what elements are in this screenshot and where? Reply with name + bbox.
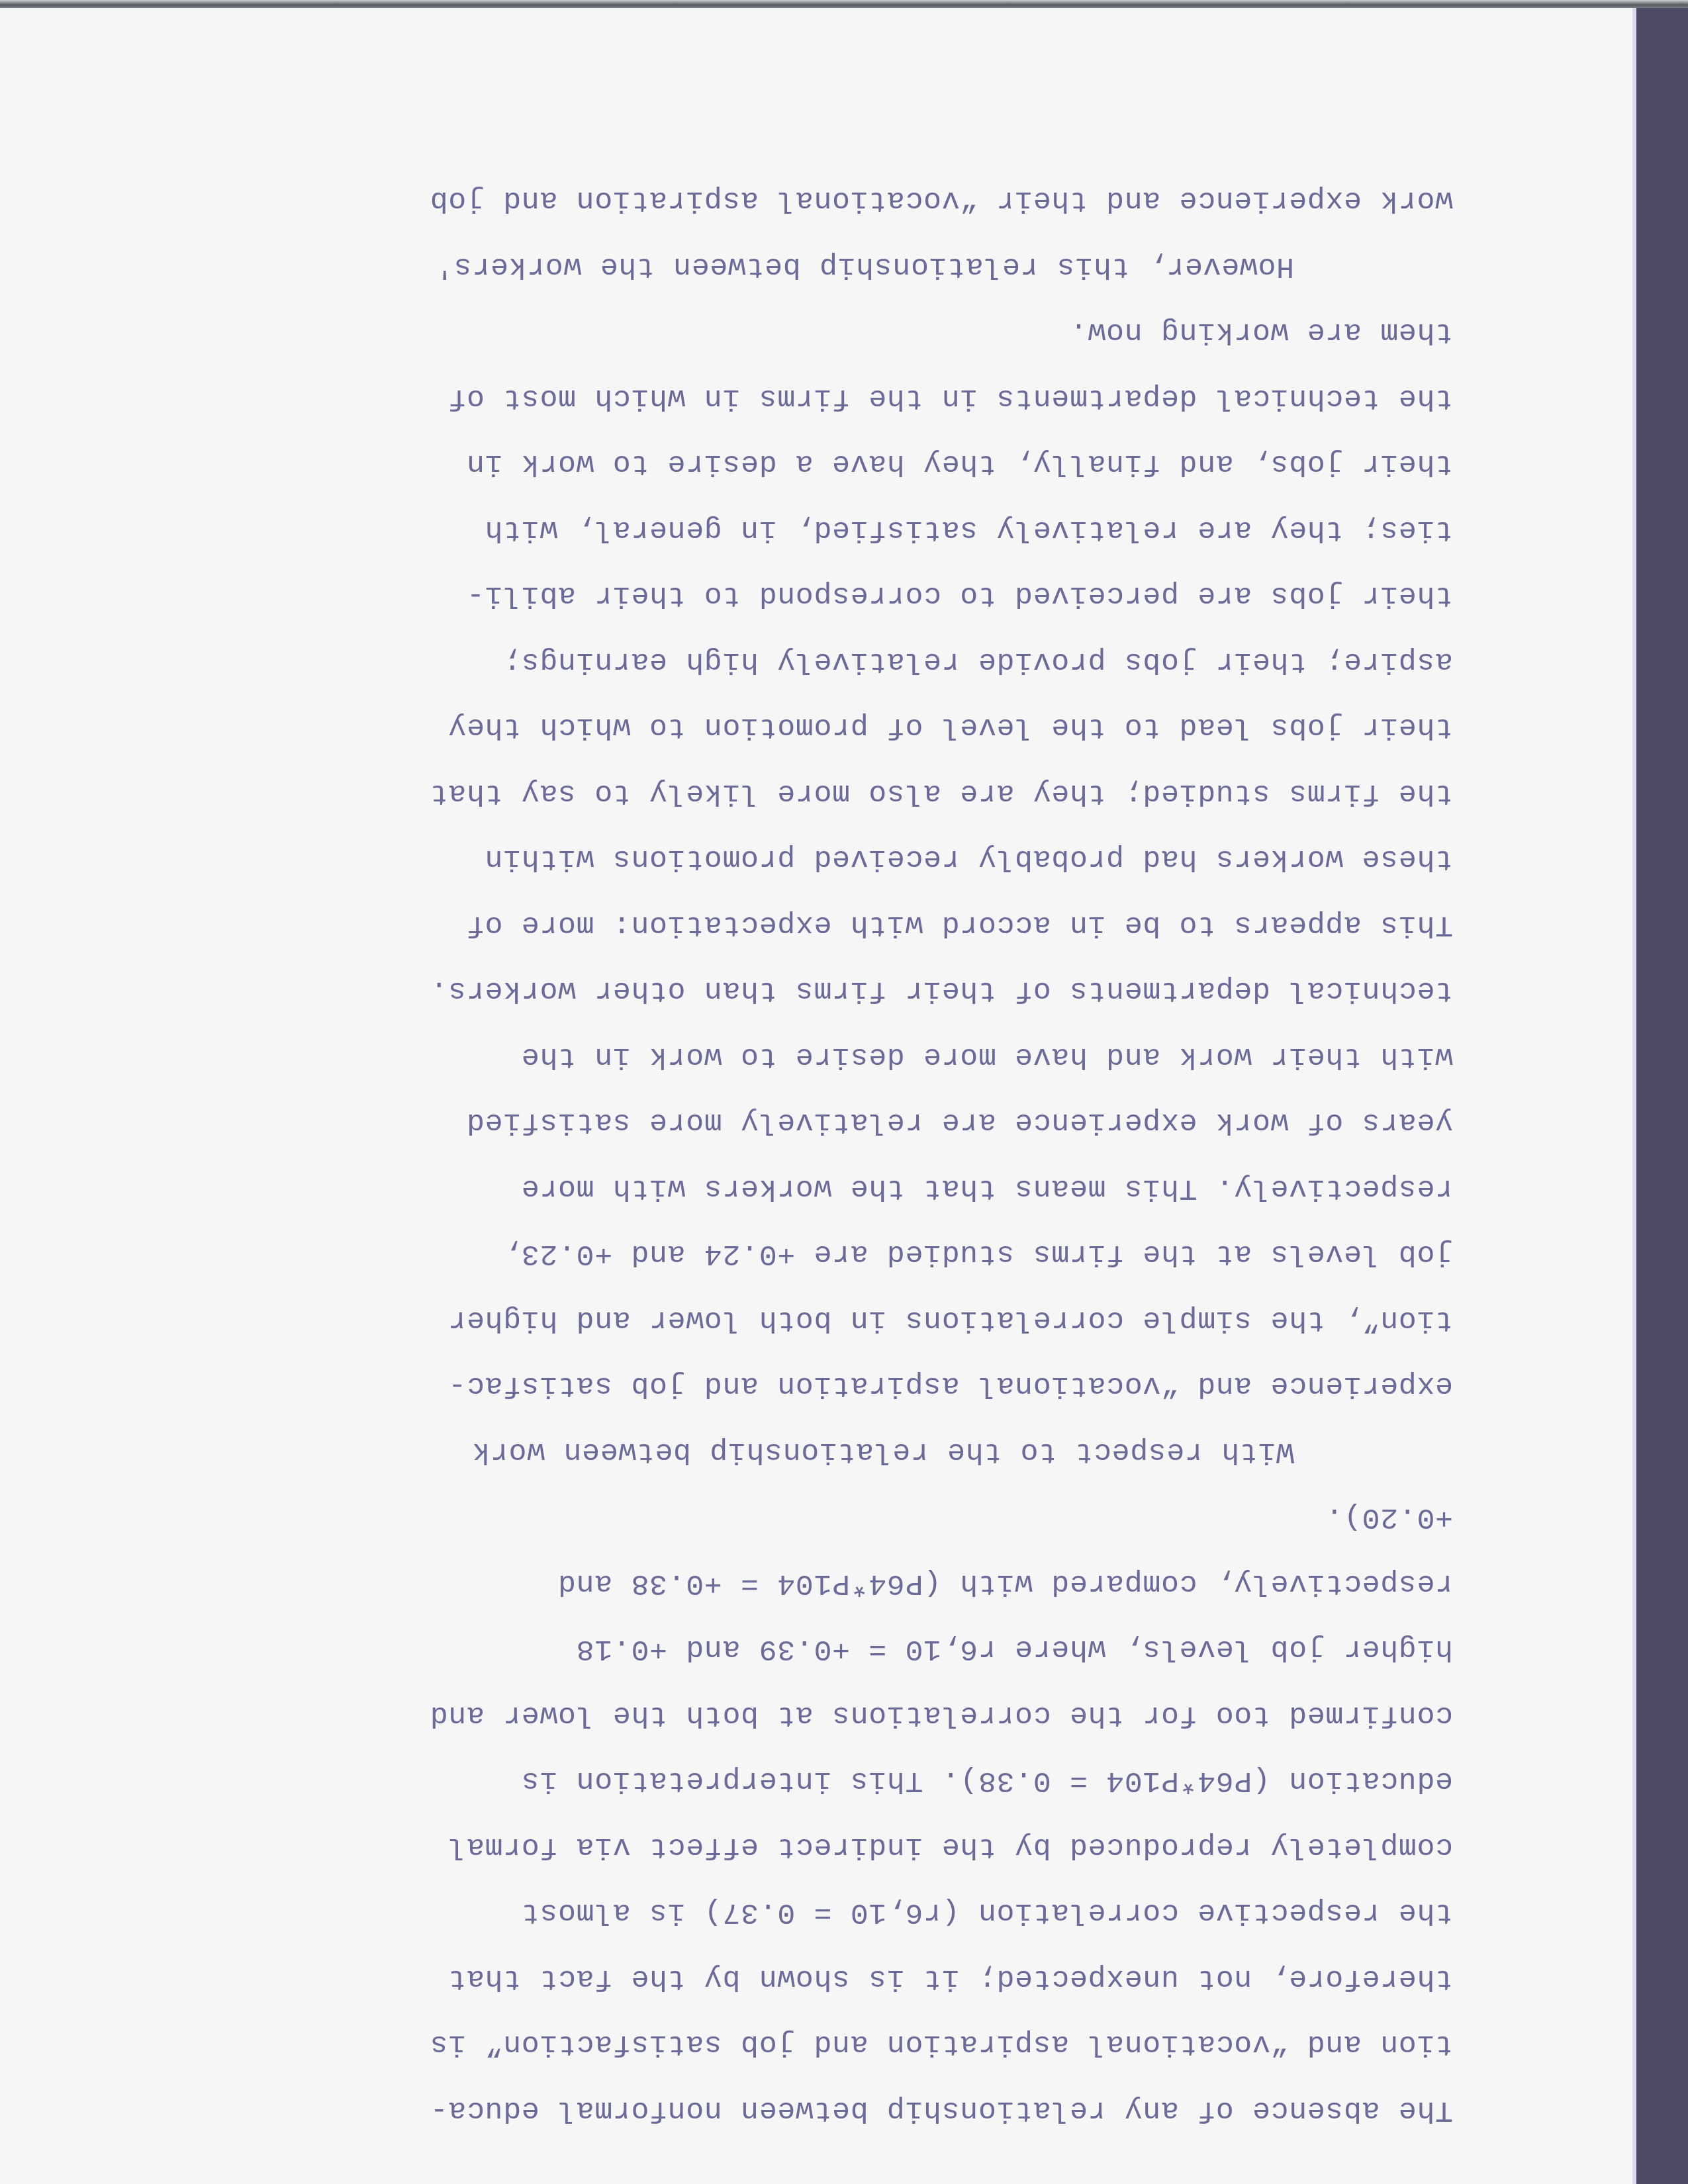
text-line: tion”, the simple correlations in both l… bbox=[129, 1274, 1453, 1340]
page-body: The absence of any relationship between … bbox=[129, 154, 1453, 2130]
text-line: years of work experience are relatively … bbox=[129, 1076, 1453, 1142]
text-line: education (P64*P104 = 0.38). This interp… bbox=[129, 1735, 1453, 1801]
text-line: completely reproduced by the indirect ef… bbox=[129, 1801, 1453, 1867]
text-line: therefore, not unexpected; it is shown b… bbox=[129, 1933, 1453, 1999]
scanner-top-edge bbox=[0, 0, 1688, 8]
text-line: with their work and have more desire to … bbox=[129, 1011, 1453, 1077]
text-line: respectively. This means that the worker… bbox=[129, 1142, 1453, 1208]
page-edge-highlight bbox=[1632, 0, 1636, 2184]
text-line: these workers had probably received prom… bbox=[129, 813, 1453, 879]
scanner-bed-edge bbox=[1634, 0, 1688, 2184]
text-line: aspire; their jobs provide relatively hi… bbox=[129, 615, 1453, 682]
text-line: With respect to the relationship between… bbox=[129, 1406, 1453, 1472]
text-line: This appears to be in accord with expect… bbox=[129, 879, 1453, 945]
text-line: the technical departments in the firms i… bbox=[129, 352, 1453, 418]
scanned-page: The absence of any relationship between … bbox=[0, 0, 1688, 2184]
text-line: their jobs, and finally, they have a des… bbox=[129, 418, 1453, 484]
text-line: higher job levels, where r6,10 = +0.39 a… bbox=[129, 1603, 1453, 1669]
text-line: technical departments of their firms tha… bbox=[129, 944, 1453, 1011]
text-line: them are working now. bbox=[129, 286, 1453, 352]
text-line: tion and “vocational aspiration and job … bbox=[129, 1998, 1453, 2064]
text-line: work experience and their “vocational as… bbox=[129, 154, 1453, 220]
text-line: experience and “vocational aspiration an… bbox=[129, 1340, 1453, 1406]
text-line: +0.20). bbox=[129, 1471, 1453, 1537]
text-line: However, this relationship between the w… bbox=[129, 220, 1453, 287]
text-line: confirmed too for the correlations at bo… bbox=[129, 1669, 1453, 1735]
text-line: The absence of any relationship between … bbox=[129, 2064, 1453, 2130]
text-line: the respective correlation (r6,10 = 0.37… bbox=[129, 1866, 1453, 1933]
text-line: their jobs lead to the level of promotio… bbox=[129, 681, 1453, 747]
text-line: their jobs are perceived to correspond t… bbox=[129, 549, 1453, 615]
text-line: respectively, compared with (P64*P104 = … bbox=[129, 1537, 1453, 1604]
text-line: job levels at the firms studied are +0.2… bbox=[129, 1208, 1453, 1274]
text-line: ties; they are relatively satisfied, in … bbox=[129, 484, 1453, 550]
text-line: the firms studied; they are also more li… bbox=[129, 747, 1453, 813]
